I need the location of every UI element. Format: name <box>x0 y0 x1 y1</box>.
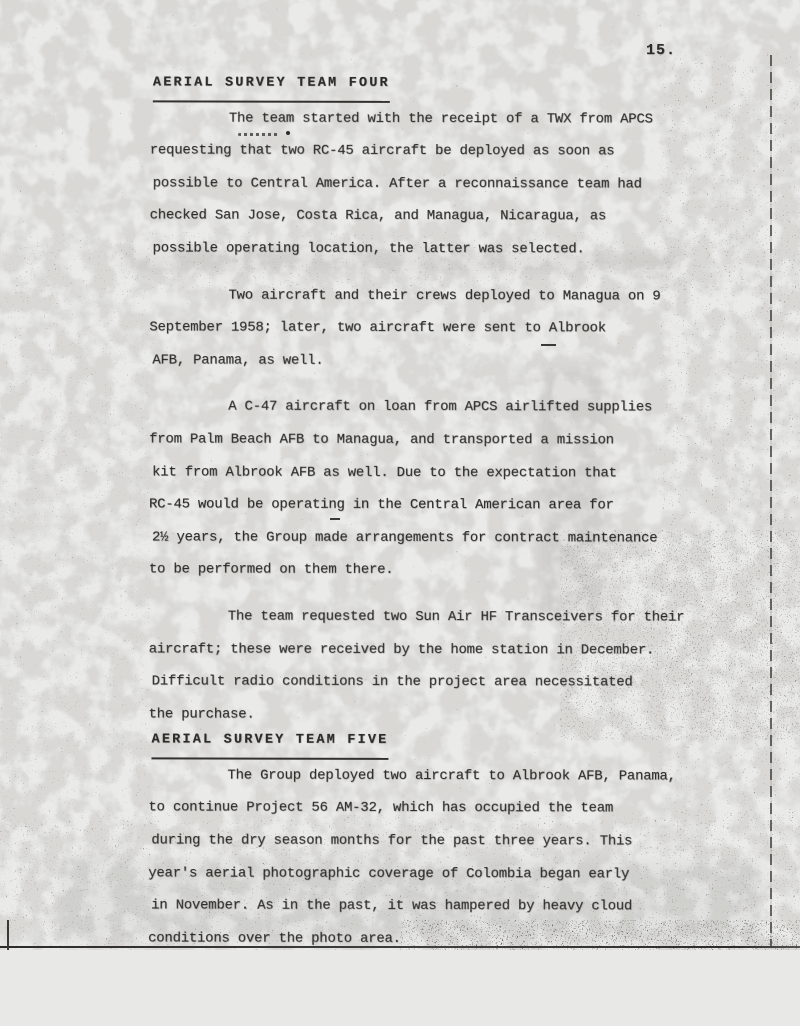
document-content: AERIAL SURVEY TEAM FOUR The team started… <box>151 67 713 956</box>
text-line: to continue Project 56 AM-32, which has … <box>148 792 711 826</box>
text-line: to be performed on them there. <box>149 554 712 588</box>
text-line: year's aerial photographic coverage of C… <box>148 857 711 891</box>
text-line: September 1958; later, two aircraft were… <box>149 312 712 346</box>
text-line: the purchase. <box>149 698 712 732</box>
text-line: The team started with the receipt of a T… <box>153 102 713 136</box>
paragraph: The team requested two Sun Air HF Transc… <box>152 600 712 732</box>
text-line: aircraft; these were received by the hom… <box>149 633 712 667</box>
paragraph: The Group deployed two aircraft to Albro… <box>151 759 711 956</box>
text-line: conditions over the photo area. <box>148 922 711 956</box>
text-line: in November. As in the past, it was hamp… <box>151 890 711 924</box>
paragraph: A C-47 aircraft on loan from APCS airlif… <box>152 391 712 588</box>
text-line: from Palm Beach AFB to Managua, and tran… <box>149 423 712 457</box>
paragraph: The team started with the receipt of a T… <box>153 102 713 266</box>
text-line: AFB, Panama, as well. <box>152 344 712 378</box>
text-line: Difficult radio conditions in the projec… <box>152 666 712 700</box>
text-line: possible to Central America. After a rec… <box>153 167 713 201</box>
text-line: The team requested two Sun Air HF Transc… <box>152 600 712 634</box>
text-line: checked San Jose, Costa Rica, and Managu… <box>150 200 713 234</box>
text-line: A C-47 aircraft on loan from APCS airlif… <box>152 391 712 425</box>
page-number: 15. <box>646 42 676 59</box>
text-line: during the dry season months for the pas… <box>151 824 711 858</box>
text-line: kit from Albrook AFB as well. Due to the… <box>152 456 712 490</box>
text-line: RC-45 would be operating in the Central … <box>149 489 712 523</box>
text-line: possible operating location, the latter … <box>153 232 713 266</box>
scanned-document-page: 15. AERIAL SURVEY TEAM FOUR The team sta… <box>0 0 800 1026</box>
text-line: Two aircraft and their crews deployed to… <box>152 279 712 313</box>
section-aerial-survey-team-five: AERIAL SURVEY TEAM FIVE The Group deploy… <box>151 725 711 956</box>
page-right-edge-line <box>770 55 772 947</box>
below-page-edge-area <box>0 950 800 1026</box>
paragraph: Two aircraft and their crews deployed to… <box>152 279 712 378</box>
section-heading-team-four: AERIAL SURVEY TEAM FOUR <box>153 67 390 102</box>
text-line: The Group deployed two aircraft to Albro… <box>151 759 711 793</box>
text-line: 2½ years, the Group made arrangements fo… <box>152 521 712 555</box>
section-aerial-survey-team-four: AERIAL SURVEY TEAM FOUR The team started… <box>152 67 713 731</box>
text-line: requesting that two RC-45 aircraft be de… <box>150 135 713 169</box>
page-corner-tick-artifact <box>7 920 9 950</box>
